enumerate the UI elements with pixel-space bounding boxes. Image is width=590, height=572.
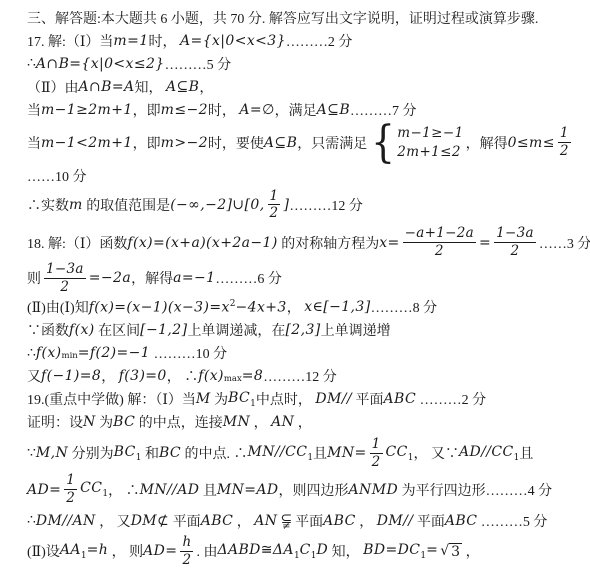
text-run: 19.(重点中学做) 解：（Ⅰ）当 xyxy=(27,389,196,409)
fraction-numerator: 1 xyxy=(370,437,383,454)
q18-min: ∴f(x)min=f(2)=−1 ………10 分 xyxy=(27,342,580,365)
text-run: 知， xyxy=(328,541,363,561)
text-run: ………10 分 xyxy=(150,343,227,363)
math-run: [2,3] xyxy=(285,322,320,338)
math-run: M xyxy=(196,391,211,407)
q17-part1: 17. 解:（Ⅰ）当m=1时， A={x|0<x<3}………2 分 xyxy=(27,29,580,52)
text-run: (Ⅱ)由(Ⅰ)知 xyxy=(27,297,89,317)
text-run: 当 xyxy=(27,133,41,153)
text-run: 知， xyxy=(135,77,167,97)
text-run: 的取值范围是 xyxy=(83,195,171,215)
math-run: =f(2)=−1 xyxy=(78,345,150,361)
not-equal-glyph: ≠ xyxy=(282,524,290,530)
text-run: ， xyxy=(101,366,119,386)
text-run: ，只需满足 xyxy=(297,133,367,153)
text-run: 平面 xyxy=(352,389,384,409)
math-run: A∩B=A xyxy=(79,79,135,95)
text-run: 为 xyxy=(96,412,114,432)
math-run: ΔABD≅ΔA1C1D xyxy=(217,542,328,561)
math-run: m>−2 xyxy=(161,135,208,151)
text-run: ∴ xyxy=(27,512,36,529)
math-run: m xyxy=(69,197,83,213)
text-run: ∴实数 xyxy=(27,195,69,215)
text-run: 18. 解:（Ⅰ）函数 xyxy=(27,233,127,253)
math-run: x∈[−1,3] xyxy=(304,299,370,315)
fraction: h2 xyxy=(180,535,193,568)
math-run: f(x)=(x−1)(x−3)=x2−4x+3 xyxy=(89,299,287,316)
text-run: ………2 分 xyxy=(416,389,486,409)
fraction-numerator: −a+1−2a xyxy=(403,226,476,243)
text-run: 且 xyxy=(199,480,217,500)
text-run: 又 xyxy=(27,366,41,386)
math-run: CC1 xyxy=(80,480,108,499)
q17-case2: 当m−1<2m+1，即m>−2时，要使A⊆B，只需满足{m−1≥−12m+1≤2… xyxy=(27,123,580,163)
fraction-denominator: 2 xyxy=(64,490,77,506)
math-run: MN//CC1 xyxy=(248,444,314,463)
text-run: 分别为 xyxy=(68,443,114,463)
math-run: m≤−2 xyxy=(161,102,208,118)
math-run: f(3)=0 xyxy=(119,368,167,384)
math-run: a=−1 xyxy=(173,270,215,286)
text-run: ，则四边形 xyxy=(279,480,349,500)
text-run: 上单调递增 xyxy=(321,320,391,340)
fraction-denominator: 2 xyxy=(180,552,193,568)
text-run: 为平行四边形………4 分 xyxy=(398,480,552,500)
math-run: (−∞,−2]∪[0, xyxy=(170,197,264,213)
text-run: . 由 xyxy=(196,541,217,561)
math-run: =8 xyxy=(242,368,263,384)
text-run: ， ∴ xyxy=(167,366,199,386)
q19-parallelogram: AD=12CC1， ∴MN//AD 且MN=AD，则四边形ANMD 为平行四边形… xyxy=(27,472,580,507)
subscript-label: min xyxy=(62,351,78,361)
text-run: 的对称轴方程为 xyxy=(278,233,380,253)
text-run: ，解得 xyxy=(466,133,508,153)
cases-row: 2m+1≤2 xyxy=(397,144,463,160)
fraction-denominator: 2 xyxy=(509,243,522,259)
math-run: BC xyxy=(159,445,181,461)
text-run: 在区间 xyxy=(95,320,141,340)
math-run: ANMD xyxy=(349,482,399,498)
text-run: 时， xyxy=(208,100,240,120)
q17-case1: 当m−1≥2m+1，即m≤−2时， A=∅，满足A⊆B………7 分 xyxy=(27,98,580,121)
text-run: 的中点，连接 xyxy=(135,412,223,432)
text-run: 平面 xyxy=(413,511,445,531)
q19-midpoints: ∵M,N 分别为BC1 和BC 的中点. ∴MN//CC1且MN=12CC1， … xyxy=(27,436,580,471)
math-run: CC1 xyxy=(386,444,414,463)
math-run: BC1 xyxy=(228,390,256,409)
fraction-numerator: 1 xyxy=(558,126,571,143)
math-run: AN xyxy=(254,513,277,529)
math-run: m−1≥2m+1 xyxy=(41,102,133,118)
subscript-1: 1 xyxy=(81,551,87,561)
math-run: MN xyxy=(223,414,250,430)
q17-part2-intro: （Ⅱ）由A∩B=A知， A⊆B， xyxy=(27,75,580,98)
q17-case2-score: ……10 分 xyxy=(27,165,580,188)
math-run: A⊆B xyxy=(166,79,199,95)
fraction-denominator: 2 xyxy=(268,205,281,221)
text-run: ， xyxy=(250,412,271,432)
math-run: MN= xyxy=(327,445,367,461)
text-run: ………12 分 xyxy=(263,366,337,386)
text-run: ∴ xyxy=(27,345,36,362)
fraction: −a+1−2a2 xyxy=(403,226,476,259)
text-run: ………5 分 xyxy=(477,511,547,531)
math-run: DM// xyxy=(315,391,352,407)
text-run: ，满足 xyxy=(275,100,317,120)
cases-row: m−1≥−1 xyxy=(397,125,463,141)
q18-solve-a: 则1−3a2=−2a，解得a=−1………6 分 xyxy=(27,261,580,296)
subscript-1: 1 xyxy=(420,551,426,561)
math-run: [−1,2] xyxy=(140,322,187,338)
math-run: m=1 xyxy=(113,33,148,49)
math-run: A⊆B xyxy=(264,135,297,151)
q19-part1-claim: 19.(重点中学做) 解：（Ⅰ）当M 为BC1中点时， DM// 平面ABC …… xyxy=(27,388,580,411)
text-run: ， xyxy=(199,77,213,97)
proper-subset-symbol: ⊆≠ xyxy=(280,515,292,530)
math-run: x= xyxy=(379,235,399,251)
math-run: DM⊄ xyxy=(131,513,170,529)
text-run: ……3 分 xyxy=(539,233,590,253)
text-run: ， 又 xyxy=(96,511,131,531)
subscript-1: 1 xyxy=(294,551,300,561)
math-run: ABC xyxy=(445,513,478,529)
cases-block: {m−1≥−12m+1≤2 xyxy=(369,123,463,163)
text-run: ……10 分 xyxy=(27,166,87,186)
q18-part2-fx: (Ⅱ)由(Ⅰ)知f(x)=(x−1)(x−3)=x2−4x+3， x∈[−1,3… xyxy=(27,296,580,319)
text-run: ， 又∵ xyxy=(413,443,459,463)
fraction: 12 xyxy=(370,437,383,470)
text-run: 三、解答题:本大题共 6 小题，共 70 分. 解答应写出文字说明，证明过程或演… xyxy=(27,8,538,28)
q17-answer: ∴实数m 的取值范围是(−∞,−2]∪[0,12]………12 分 xyxy=(27,188,580,223)
text-run: ， ∴ xyxy=(108,480,140,500)
text-run: 时， xyxy=(149,31,181,51)
text-run: ∵ xyxy=(27,445,36,462)
math-run: f(−1)=8 xyxy=(41,368,101,384)
math-run: m−1<2m+1 xyxy=(41,135,133,151)
math-run: MN//AD xyxy=(140,482,200,498)
text-run: (Ⅱ)设 xyxy=(27,541,60,561)
fraction: 1−3a2 xyxy=(44,262,86,295)
text-run: 时，要使 xyxy=(208,133,264,153)
math-run: f(x) xyxy=(36,345,62,361)
math-run: f(x) xyxy=(198,368,224,384)
math-run: AD= xyxy=(143,543,177,559)
q18-part1-axis: 18. 解:（Ⅰ）函数f(x)=(x+a)(x+2a−1) 的对称轴方程为x=−… xyxy=(27,225,580,260)
math-run: = xyxy=(479,235,491,251)
math-run: M,N xyxy=(36,445,68,461)
sqrt-radical: √3 xyxy=(440,543,462,560)
q19-proof-setup: 证明：设N 为BC 的中点，连接MN ， AN ， xyxy=(27,411,580,434)
text-run: ………5 分 xyxy=(165,54,232,74)
math-run: f(x) xyxy=(69,322,95,338)
fraction-denominator: 2 xyxy=(370,454,383,470)
text-run: 17. 解:（Ⅰ）当 xyxy=(27,31,113,51)
section-header: 三、解答题:本大题共 6 小题，共 70 分. 解答应写出文字说明，证明过程或演… xyxy=(27,6,580,29)
math-run: 0≤m≤ xyxy=(508,135,555,151)
left-brace: { xyxy=(371,123,395,163)
radical-sign: √ xyxy=(440,543,449,560)
math-run: AN xyxy=(271,414,294,430)
math-run: N xyxy=(83,414,96,430)
math-run: ABC xyxy=(201,513,234,529)
text-run: ， xyxy=(287,297,305,317)
text-run: 且 xyxy=(313,443,327,463)
fraction-numerator: 1−3a xyxy=(494,226,536,243)
math-run: A∩B={x|0<x≤2} xyxy=(36,56,165,72)
fraction: 12 xyxy=(558,126,571,159)
text-run: ， xyxy=(233,511,254,531)
text-run: ， xyxy=(294,412,312,432)
text-run: ，即 xyxy=(133,100,161,120)
text-run: ………6 分 xyxy=(215,268,282,288)
math-run: f(x)=(x+a)(x+2a−1) xyxy=(127,235,277,251)
text-run: （Ⅱ）由 xyxy=(27,77,79,97)
fraction: 1−3a2 xyxy=(494,226,536,259)
q17-intersection: ∴A∩B={x|0<x≤2}………5 分 xyxy=(27,52,580,75)
text-run: ，即 xyxy=(133,133,161,153)
fraction-numerator: 1 xyxy=(64,473,77,490)
fraction: 12 xyxy=(268,189,281,222)
fraction-denominator: 2 xyxy=(558,143,571,159)
q19-part2-setup: (Ⅱ)设AA1=h ， 则AD=h2. 由ΔABD≅ΔA1C1D 知， BD=D… xyxy=(27,534,580,569)
fraction-numerator: 1−3a xyxy=(44,262,86,279)
text-run: ∵函数 xyxy=(27,320,69,340)
q19-conclusion: ∴DM//AN ， 又DM⊄ 平面ABC ， AN⊆≠平面ABC ， DM// … xyxy=(27,509,580,532)
text-run: 证明：设 xyxy=(27,412,83,432)
cases-rows: m−1≥−12m+1≤2 xyxy=(397,125,463,160)
fraction-denominator: 2 xyxy=(58,279,71,295)
text-run: 平面 xyxy=(169,511,201,531)
text-run: 则 xyxy=(27,268,41,288)
math-run: =−2a xyxy=(89,270,131,286)
math-run: A={x|0<x<3} xyxy=(180,33,286,49)
math-run: MN=AD xyxy=(217,482,279,498)
math-run: AA1=h xyxy=(60,542,108,561)
math-run: DM//AN xyxy=(36,513,96,529)
fraction-numerator: h xyxy=(180,535,193,552)
text-run: 和 xyxy=(141,443,159,463)
text-run: ，解得 xyxy=(131,268,173,288)
subscript-label: max xyxy=(224,374,242,384)
text-run: ∴ xyxy=(27,55,36,72)
text-run: ， xyxy=(356,511,377,531)
text-run: 且 xyxy=(519,443,533,463)
document-page: 三、解答题:本大题共 6 小题，共 70 分. 解答应写出文字说明，证明过程或演… xyxy=(0,0,590,572)
text-run: 的中点. ∴ xyxy=(181,443,248,463)
fraction-denominator: 2 xyxy=(433,243,446,259)
text-run: 中点时， xyxy=(256,389,316,409)
fraction: 12 xyxy=(64,473,77,506)
q18-monotonic: ∵函数f(x) 在区间[−1,2]上单调递减，在[2,3]上单调递增 xyxy=(27,319,580,342)
text-run: ………8 分 xyxy=(371,297,438,317)
math-run: ABC xyxy=(323,513,356,529)
text-run: 上单调递减，在 xyxy=(187,320,285,340)
text-run: 为 xyxy=(211,389,229,409)
math-run: BC1 xyxy=(114,444,142,463)
text-run: ， 则 xyxy=(108,541,143,561)
math-run: BD=DC1= xyxy=(363,542,438,561)
math-run: AD= xyxy=(27,482,61,498)
math-run: ABC xyxy=(384,391,417,407)
math-run: AD//CC1 xyxy=(459,444,519,463)
text-run: ………12 分 xyxy=(289,195,363,215)
subscript-1: 1 xyxy=(311,551,317,561)
math-run: BC xyxy=(113,414,135,430)
math-run: A⊆B xyxy=(317,102,350,118)
text-run: ， xyxy=(462,541,480,561)
math-run: A=∅ xyxy=(239,102,274,118)
text-run: ………2 分 xyxy=(286,31,353,51)
q18-max: 又f(−1)=8， f(3)=0， ∴f(x)max=8………12 分 xyxy=(27,365,580,388)
fraction-numerator: 1 xyxy=(268,189,281,206)
superscript-2: 2 xyxy=(230,299,236,309)
math-run: DM// xyxy=(377,513,414,529)
text-run: 平面 xyxy=(295,511,323,531)
text-run: 当 xyxy=(27,100,41,120)
radicand: 3 xyxy=(449,543,462,560)
